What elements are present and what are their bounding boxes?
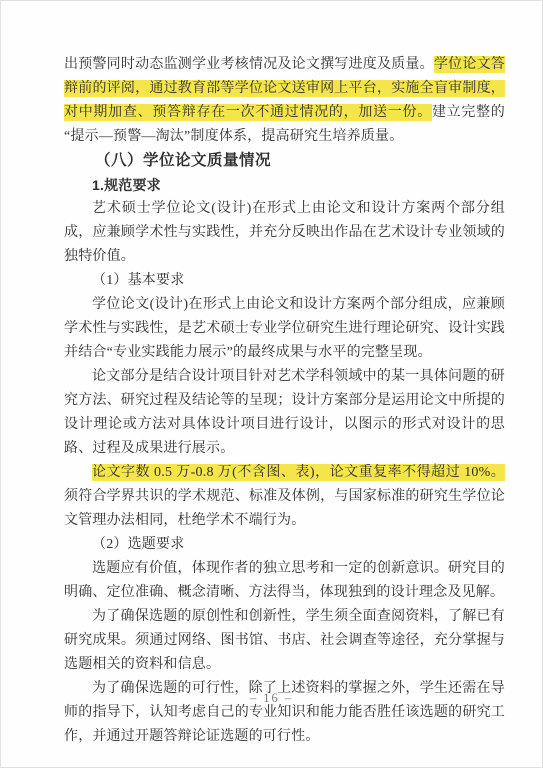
paragraph: 论文部分是结合设计项目针对艺术学科领域中的某一具体问题的研究方法、研究过程及结论…: [64, 365, 505, 461]
paragraph: 选题应有价值，体现作者的独立思考和一定的创新意识。研究目的明确、定位准确、概念清…: [64, 557, 505, 605]
paragraph: 论文字数 0.5 万-0.8 万(不含图、表)，论文重复率不得超过 10%。须符…: [64, 461, 505, 533]
paragraph: 艺术硕士学位论文(设计)在形式上由论文和设计方案两个部分组成，应兼顾学术性与实践…: [64, 197, 505, 269]
text-segment: （八）学位论文质量情况: [95, 152, 271, 169]
paragraph: 出预警同时动态监测学业考核情况及论文撰写进度及质量。学位论文答辩前的评阅，通过教…: [64, 53, 505, 149]
page-number: – 16 –: [1, 691, 542, 706]
text-segment: 艺术硕士学位论文(设计)在形式上由论文和设计方案两个部分组成，应兼顾学术性与实践…: [64, 201, 505, 264]
text-segment: （1）基本要求: [92, 273, 184, 288]
heading2: 1.规范要求: [64, 173, 505, 197]
paragraph: （2）选题要求: [64, 533, 505, 557]
text-segment: 学位论文(设计)在形式上由论文和设计方案两个部分组成，应兼顾学术性与实践性，是艺…: [64, 297, 505, 360]
heading1: （八）学位论文质量情况: [64, 149, 505, 173]
paragraph: 学位论文(设计)在形式上由论文和设计方案两个部分组成，应兼顾学术性与实践性，是艺…: [64, 293, 505, 365]
text-segment: 为了确保选题的原创性和创新性，学生须全面查阅资料，了解已有研究成果。须通过网络、…: [64, 609, 505, 672]
paragraph: （1）基本要求: [64, 269, 505, 293]
document-page: 出预警同时动态监测学业考核情况及论文撰写进度及质量。学位论文答辩前的评阅，通过教…: [0, 0, 543, 768]
highlighted-text: 论文字数 0.5 万-0.8 万(不含图、表)，论文重复率不得超过 10%。: [92, 464, 505, 481]
document-body: 出预警同时动态监测学业考核情况及论文撰写进度及质量。学位论文答辩前的评阅，通过教…: [64, 53, 505, 749]
text-segment: 须符合学界共识的学术规范、标准及体例，与国家标准的研究生学位论文管理办法相同，杜…: [64, 489, 505, 528]
text-segment: 选题应有价值，体现作者的独立思考和一定的创新意识。研究目的明确、定位准确、概念清…: [64, 561, 505, 600]
paragraph: 为了确保选题的可行性，除了上述资料的掌握之外，学生还需在导师的指导下，认知考虑自…: [64, 677, 505, 749]
text-segment: 1.规范要求: [92, 177, 161, 193]
text-segment: 出预警同时动态监测学业考核情况及论文撰写进度及质量。: [64, 57, 434, 72]
paragraph: 为了确保选题的原创性和创新性，学生须全面查阅资料，了解已有研究成果。须通过网络、…: [64, 605, 505, 677]
text-segment: 论文部分是结合设计项目针对艺术学科领域中的某一具体问题的研究方法、研究过程及结论…: [64, 369, 505, 456]
text-segment: （2）选题要求: [92, 537, 184, 552]
